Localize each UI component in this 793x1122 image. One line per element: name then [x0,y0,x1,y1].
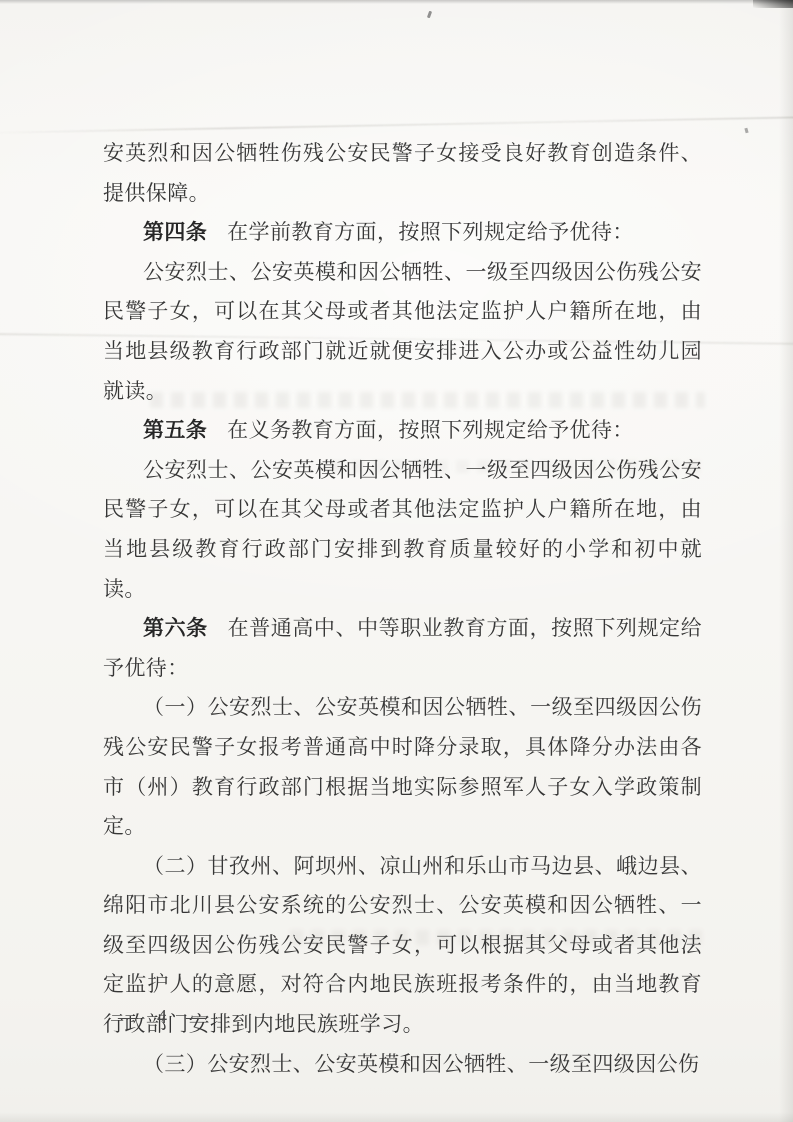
paragraph: 公安烈士、公安英模和因公牺牲、一级至四级因公伤残公安民警子女，可以在其父母或者其… [103,451,702,609]
paragraph: 第五条在义务教育方面，按照下列规定给予优待： [103,411,702,451]
paragraph: 安英烈和因公牺牲伤残公安民警子女接受良好教育创造条件、提供保障。 [103,134,702,213]
scan-edge-top [0,0,793,4]
paragraph: （一）公安烈士、公安英模和因公牺牲、一级至四级因公伤残公安民警子女报考普通高中时… [103,688,702,846]
paragraph-text: 安英烈和因公牺牲伤残公安民警子女接受良好教育创造条件、提供保障。 [103,141,702,205]
paragraph-text: （三）公安烈士、公安英模和因公牺牲、一级至四级因公伤 [143,1052,699,1076]
paragraph-text: 在学前教育方面，按照下列规定给予优待： [227,220,634,244]
paragraph: 第四条在学前教育方面，按照下列规定给予优待： [103,213,702,253]
scan-edge-right [779,0,793,1122]
document-body: 安英烈和因公牺牲伤残公安民警子女接受良好教育创造条件、提供保障。第四条在学前教育… [103,134,702,1084]
article-number: 第六条 [143,616,208,640]
scanned-page: 安英烈和因公牺牲伤残公安民警子女接受良好教育创造条件、提供保障。第四条在学前教育… [0,0,793,1122]
paragraph-text: 在义务教育方面，按照下列规定给予优待： [227,418,634,442]
paragraph-text: （一）公安烈士、公安英模和因公牺牲、一级至四级因公伤残公安民警子女报考普通高中时… [103,695,702,838]
page-number: — 4 — [118,1002,208,1032]
paragraph-text: 公安烈士、公安英模和因公牺牲、一级至四级因公伤残公安民警子女，可以在其父母或者其… [103,458,702,601]
article-number: 第四条 [143,220,207,244]
paper-crease-top [0,116,793,134]
paragraph: （三）公安烈士、公安英模和因公牺牲、一级至四级因公伤 [103,1045,702,1085]
paragraph-text: 公安烈士、公安英模和因公牺牲、一级至四级因公伤残公安民警子女，可以在其父母或者其… [103,260,702,403]
paragraph: 第六条在普通高中、中等职业教育方面，按照下列规定给予优待： [103,609,702,688]
scan-edge-bottom [0,1112,793,1122]
scan-speck [427,11,432,19]
scan-speck [744,128,748,134]
paragraph: 公安烈士、公安英模和因公牺牲、一级至四级因公伤残公安民警子女，可以在其父母或者其… [103,253,702,411]
article-number: 第五条 [143,418,207,442]
